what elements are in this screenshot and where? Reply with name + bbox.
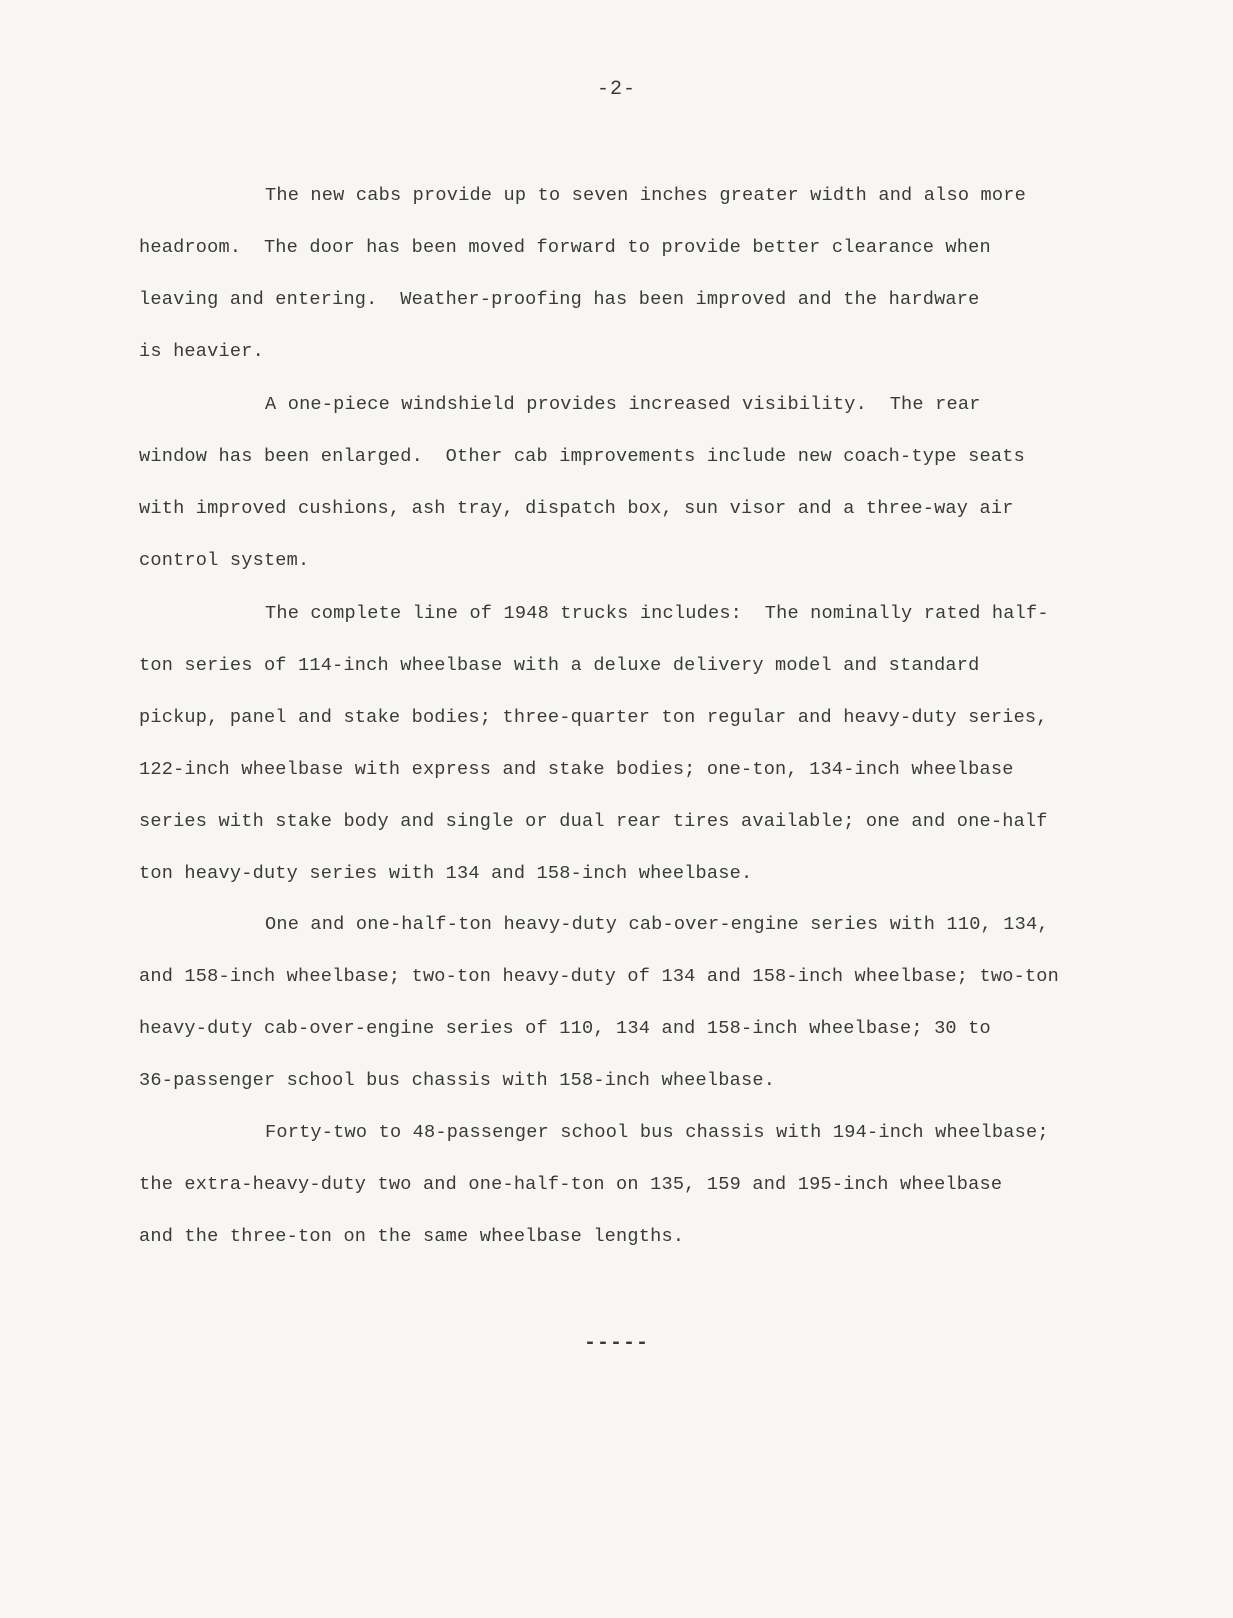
text-line: Forty-two to 48-passenger school bus cha…	[265, 1122, 1049, 1143]
text-line: the extra-heavy-duty two and one-half-to…	[139, 1174, 1002, 1195]
text-line: is heavier.	[139, 341, 264, 362]
text-line: heavy-duty cab-over-engine series of 110…	[139, 1018, 991, 1039]
text-line: ton series of 114-inch wheelbase with a …	[139, 655, 980, 676]
text-line: and the three-ton on the same wheelbase …	[139, 1226, 684, 1247]
text-line: pickup, panel and stake bodies; three-qu…	[139, 707, 1048, 728]
text-line: window has been enlarged. Other cab impr…	[139, 446, 1025, 467]
text-line: and 158-inch wheelbase; two-ton heavy-du…	[139, 966, 1059, 987]
page-number: -2-	[0, 78, 1233, 101]
text-line: series with stake body and single or dua…	[139, 811, 1048, 832]
text-line: 122-inch wheelbase with express and stak…	[139, 759, 1014, 780]
text-line: The complete line of 1948 trucks include…	[265, 603, 1049, 624]
text-line: ton heavy-duty series with 134 and 158-i…	[139, 863, 752, 884]
text-line: A one-piece windshield provides increase…	[265, 394, 981, 415]
text-line: 36-passenger school bus chassis with 158…	[139, 1070, 775, 1091]
text-line: The new cabs provide up to seven inches …	[265, 185, 1026, 206]
text-line: headroom. The door has been moved forwar…	[139, 237, 991, 258]
text-line: leaving and entering. Weather-proofing h…	[139, 289, 980, 310]
end-mark: -----	[0, 1332, 1233, 1355]
text-line: with improved cushions, ash tray, dispat…	[139, 498, 1014, 519]
text-line: One and one-half-ton heavy-duty cab-over…	[265, 914, 1049, 935]
text-line: control system.	[139, 550, 309, 571]
